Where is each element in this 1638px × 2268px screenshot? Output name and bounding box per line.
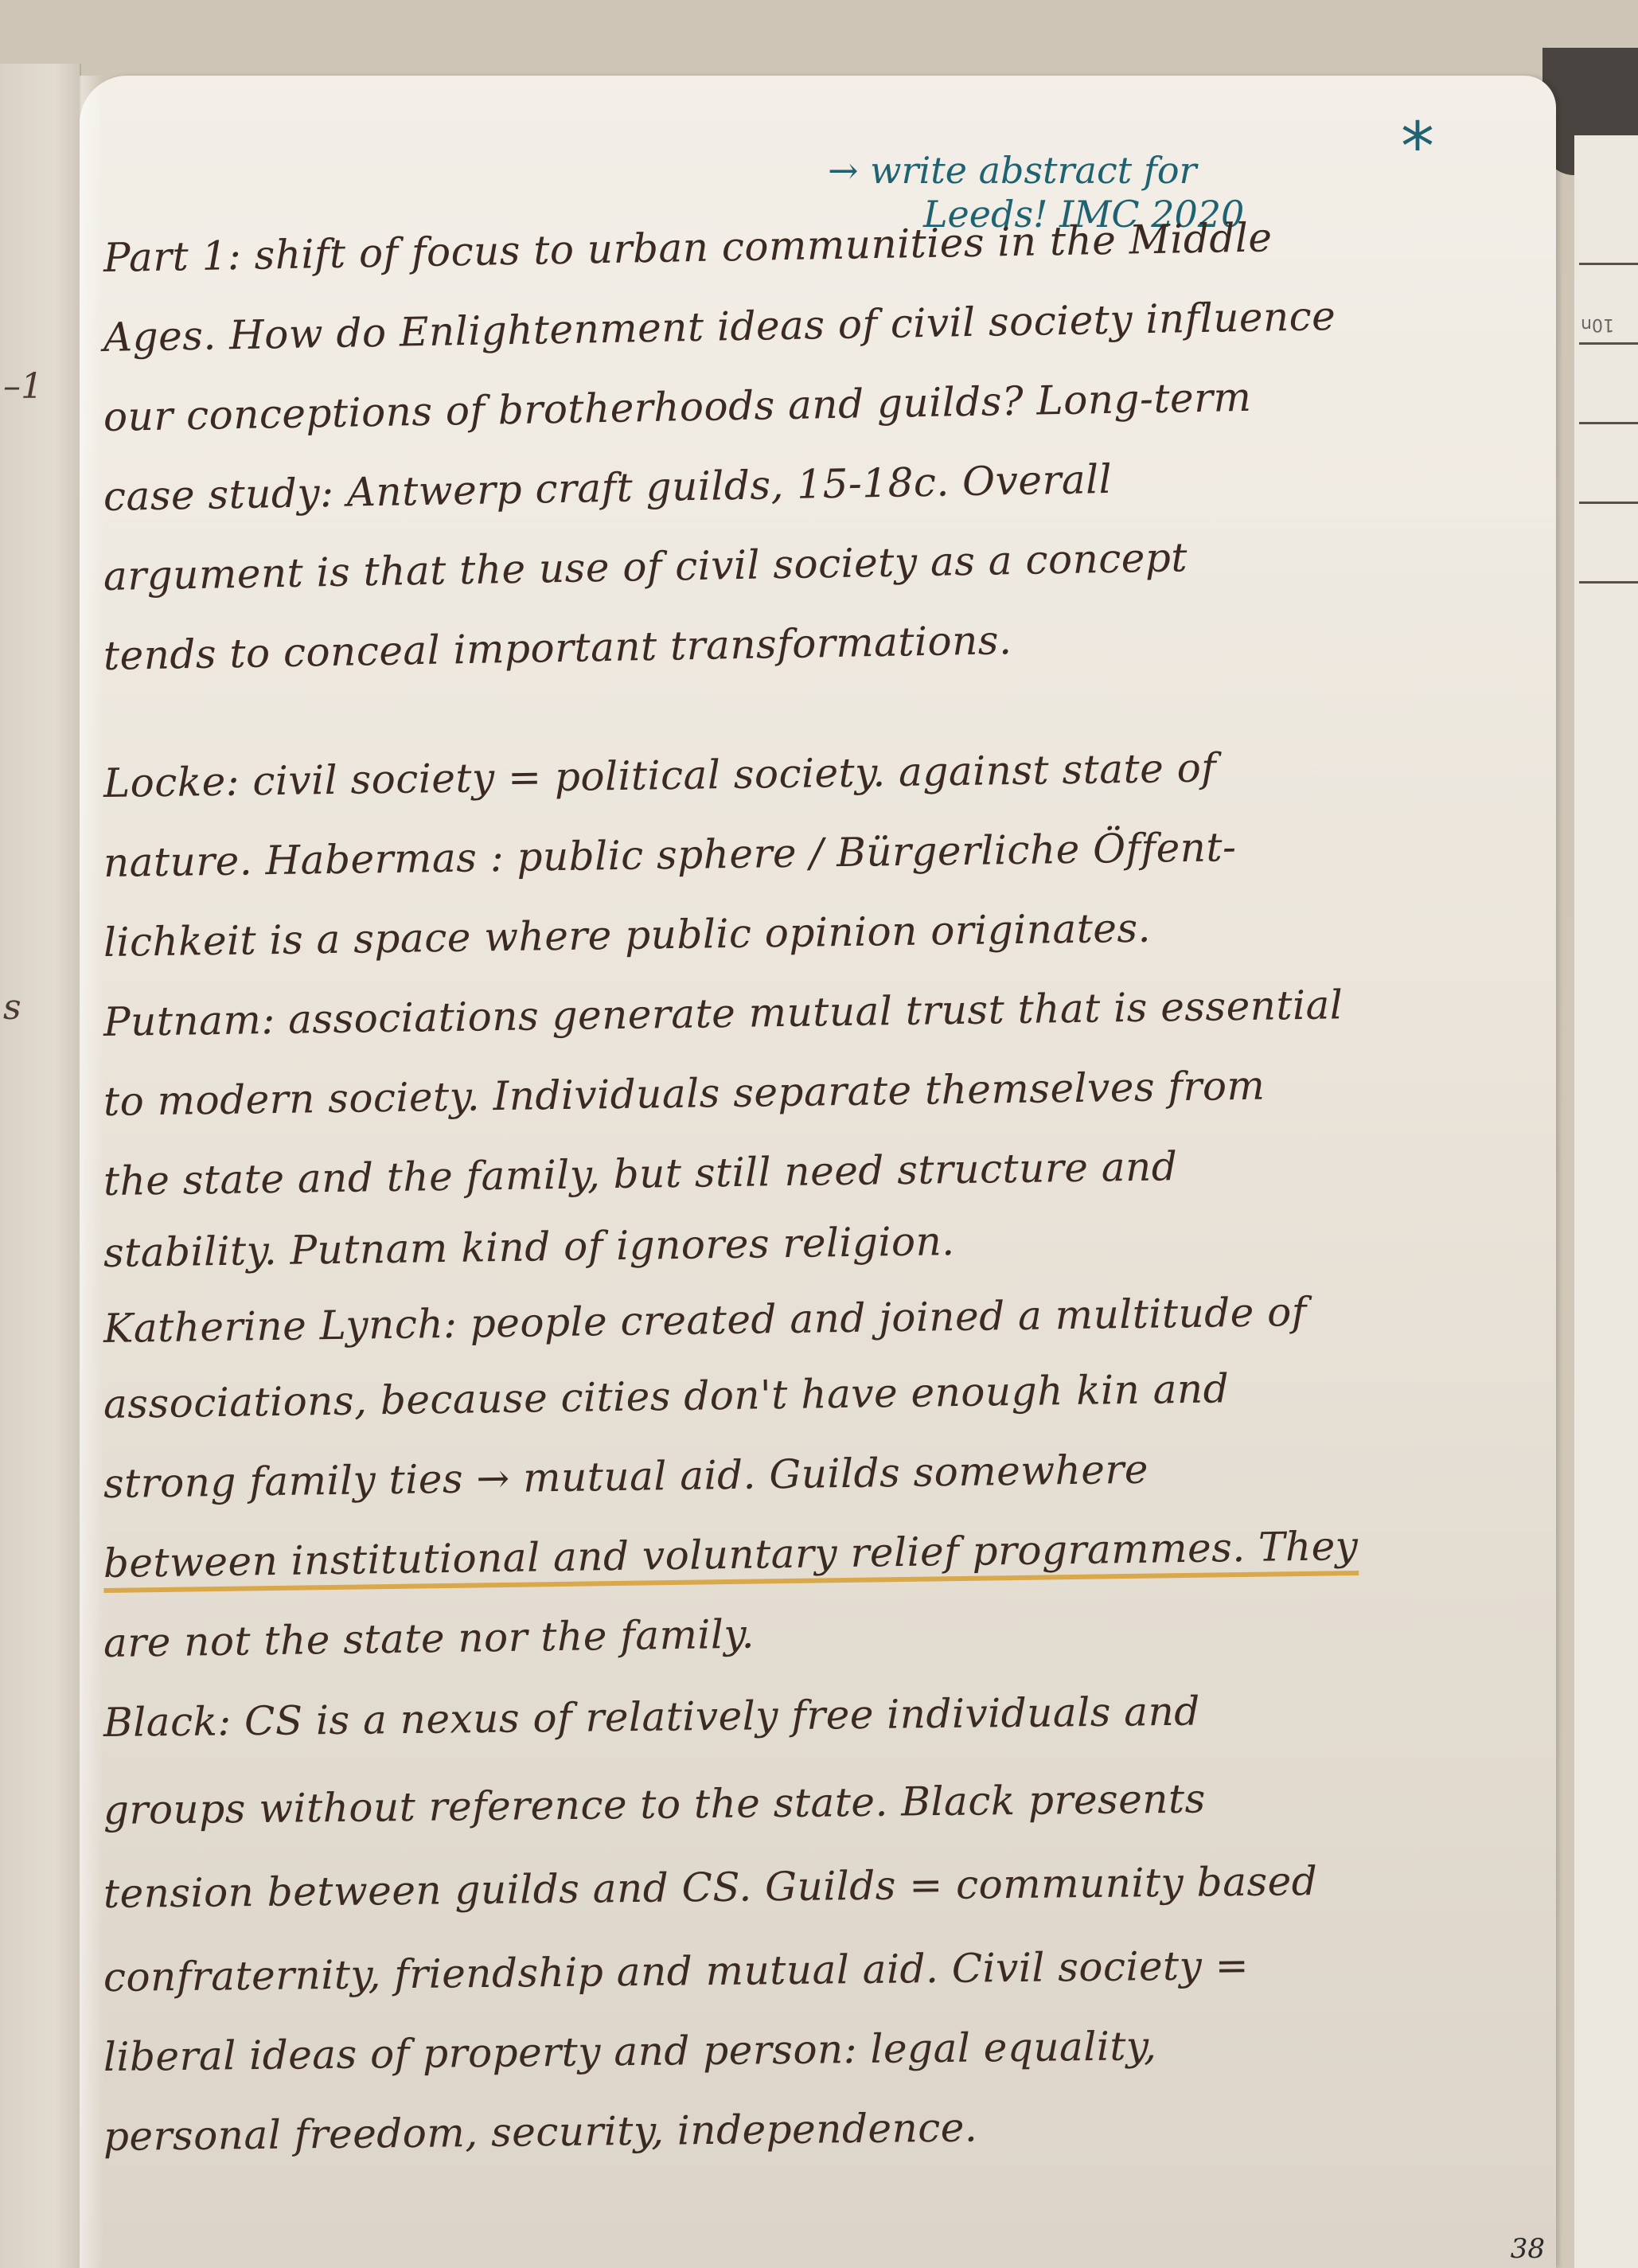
facing-left-page: –1 s — [0, 64, 81, 2268]
note-line: Ages. How do Enlightenment ideas of civi… — [103, 293, 1336, 361]
note-line-highlighted: between institutional and voluntary reli… — [103, 1523, 1359, 1593]
note-line: our conceptions of brotherhoods and guil… — [103, 374, 1251, 440]
note-line: the state and the family, but still need… — [103, 1143, 1178, 1204]
sheet-edge-label: 10n — [1581, 314, 1614, 334]
left-page-ink-fragment: s — [3, 987, 21, 1028]
note-line: confraternity, friendship and mutual aid… — [103, 1942, 1250, 2001]
note-line: nature. Habermas : public sphere / Bürge… — [103, 824, 1237, 886]
note-line: lichkeit is a space where public opinion… — [103, 905, 1152, 966]
underlying-grid-sheet: 10n — [1574, 135, 1638, 2268]
note-line: case study: Antwerp craft guilds, 15-18c… — [103, 456, 1112, 520]
grid-line — [1579, 342, 1638, 345]
note-line: Black: CS is a nexus of relatively free … — [103, 1688, 1200, 1746]
note-line: personal freedom, security, independence… — [103, 2105, 978, 2160]
note-line: associations, because cities don't have … — [103, 1365, 1230, 1427]
grid-line — [1579, 263, 1638, 265]
note-line: Katherine Lynch: people created and join… — [103, 1289, 1308, 1352]
note-line: Part 1: shift of focus to urban communit… — [103, 214, 1272, 281]
note-line: Locke: civil society = political society… — [103, 744, 1217, 806]
note-line: tension between guilds and CS. Guilds = … — [103, 1858, 1318, 1917]
note-line: groups without reference to the state. B… — [103, 1776, 1206, 1833]
page-number: 38 — [1511, 2233, 1545, 2265]
note-line: liberal ideas of property and person: le… — [103, 2023, 1157, 2080]
note-line: stability. Putnam kind of ignores religi… — [103, 1218, 955, 1276]
note-line: Putnam: associations generate mutual tru… — [103, 982, 1344, 1045]
note-line: to modern society. Individuals separate … — [103, 1063, 1266, 1125]
grid-line — [1579, 502, 1638, 504]
left-page-ink-fragment: –1 — [3, 366, 43, 407]
grid-line — [1579, 422, 1638, 424]
note-line: are not the state nor the family. — [103, 1611, 755, 1666]
note-line-highlighted: strong family ties → mutual aid. Guilds … — [103, 1446, 1149, 1507]
note-line: tends to conceal important transformatio… — [103, 617, 1012, 679]
notebook-page: * → write abstract for Leeds! IMC 2020 P… — [80, 76, 1556, 2268]
handwritten-notes: Part 1: shift of focus to urban communit… — [80, 76, 1556, 2268]
grid-line — [1579, 581, 1638, 584]
note-line: argument is that the use of civil societ… — [103, 534, 1188, 599]
